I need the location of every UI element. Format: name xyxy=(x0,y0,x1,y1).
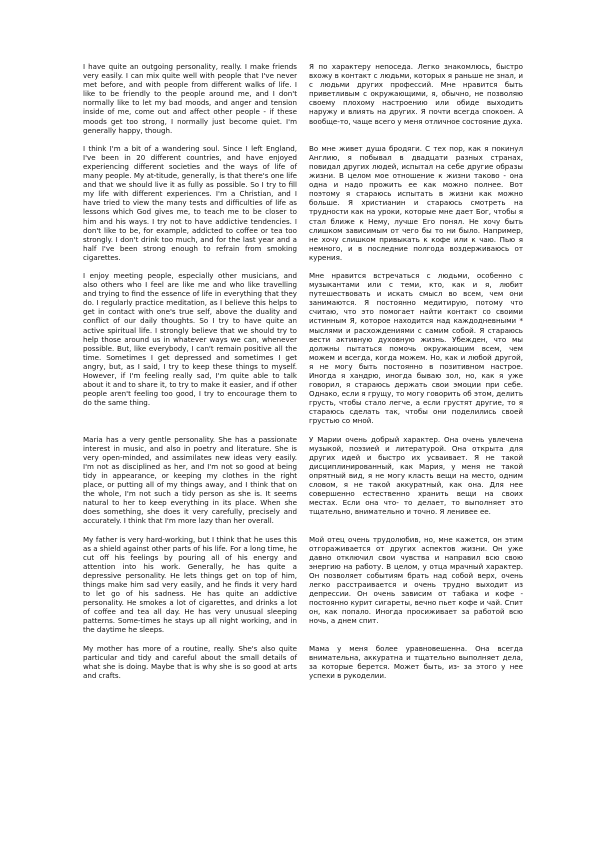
paragraph-row-maria: Maria has a very gentle personality. She… xyxy=(83,435,523,526)
russian-paragraph: Мне нравится встречаться с людьми, особе… xyxy=(309,271,523,426)
russian-paragraph: Мама у меня более уравновешенна. Она все… xyxy=(309,644,523,680)
paragraph-row-wandering-soul: I think I'm a bit of a wandering soul. S… xyxy=(83,144,523,262)
paragraph-row-mother: My mother has more of a routine, really.… xyxy=(83,644,523,680)
english-paragraph: I think I'm a bit of a wandering soul. S… xyxy=(83,144,297,262)
english-paragraph: Maria has a very gentle personality. She… xyxy=(83,435,297,526)
english-paragraph: I have quite an outgoing personality, re… xyxy=(83,62,297,135)
english-paragraph: My mother has more of a routine, really.… xyxy=(83,644,297,680)
paragraph-row-meeting-people: I enjoy meeting people, especially other… xyxy=(83,271,523,426)
russian-paragraph: Я по характеру непоседа. Легко знакомлюс… xyxy=(309,62,523,135)
russian-paragraph: Мой отец очень трудолюбив, но, мне кажет… xyxy=(309,535,523,635)
russian-paragraph: Во мне живет душа бродяги. С тех пор, ка… xyxy=(309,144,523,262)
russian-paragraph: У Марии очень добрый характер. Она очень… xyxy=(309,435,523,526)
english-paragraph: I enjoy meeting people, especially other… xyxy=(83,271,297,426)
bilingual-document: I have quite an outgoing personality, re… xyxy=(83,62,523,689)
paragraph-row-father: My father is very hard-working, but I th… xyxy=(83,535,523,635)
paragraph-row-personality: I have quite an outgoing personality, re… xyxy=(83,62,523,135)
english-paragraph: My father is very hard-working, but I th… xyxy=(83,535,297,635)
